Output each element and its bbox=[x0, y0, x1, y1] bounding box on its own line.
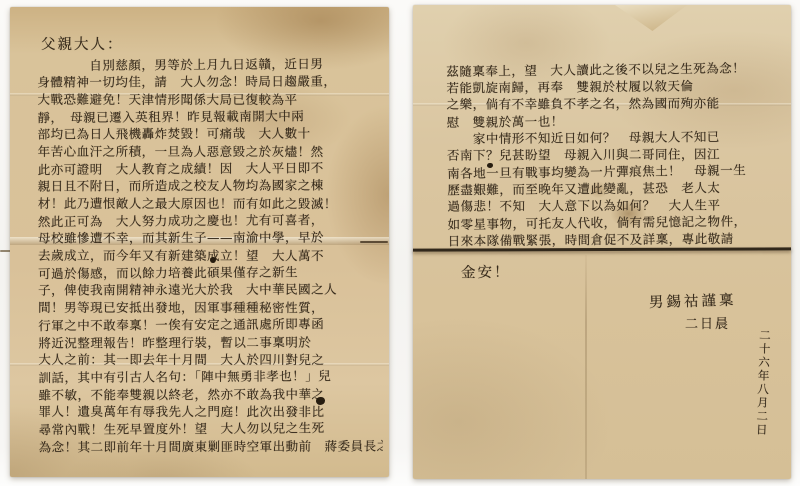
handwriting-line: 年苦心血汗之所積，一旦為人惡意毀之於灰燼！然 bbox=[38, 143, 382, 161]
handwriting-line: 雖不敏，不能奉雙親以終老，然亦不敢為我中華之 bbox=[38, 385, 382, 404]
handwriting-line: 自別慈顏，男等於上月九日返贛，近日男 bbox=[37, 55, 381, 75]
handwriting-line: 若能凱旋南歸，再奉 雙親於杖履以敘天倫 bbox=[446, 77, 782, 97]
salutation: 父親大人： bbox=[41, 33, 124, 54]
date-vertical: 二十六年八月二日 bbox=[753, 329, 774, 459]
handwriting-line: 子，俾使我南開精神永遠光大於我 大中華民國之人 bbox=[38, 281, 382, 300]
handwriting-line: 可過於傷感，而以餘力培養此碩果僅存之新生 bbox=[38, 263, 382, 283]
left-page-text: 自別慈顏，男等於上月九日返贛，近日男身體精神一切均佳，請 大人勿念！時局日趨嚴重… bbox=[37, 55, 382, 455]
handwriting-line: 日來本隊備戰緊張，時間倉促不及詳稟，專此敬請 bbox=[448, 230, 784, 250]
signature-name: 男錫祜謹稟 bbox=[649, 289, 737, 312]
handwriting-line: 尋常內戰！生死早置度外！望 大人勿以兒之生死 bbox=[39, 419, 383, 439]
handwriting-line: 大人之前：其一即去年十月間 大人於四川對兒之 bbox=[38, 351, 382, 369]
handwriting-line: 母校雖慘遭不幸，而其新生子——南渝中學，早於 bbox=[38, 229, 382, 248]
letter-page-left: 父親大人： 自別慈顏，男等於上月九日返贛，近日男身體精神一切均佳，請 大人勿念！… bbox=[10, 7, 389, 477]
closing-salute: 金安！ bbox=[461, 261, 511, 283]
fold-notch bbox=[615, 5, 687, 31]
handwriting-line: 部均已為日人飛機轟炸焚毀！可痛哉 大人數十 bbox=[38, 125, 382, 144]
handwriting-line: 此亦可證明 大人教育之成績！因 大人平日即不 bbox=[38, 159, 382, 179]
handwriting-line: 然此正可為 大人努力成功之慶也！尤有可喜者， bbox=[38, 211, 382, 231]
handwriting-line: 身體精神一切均佳，請 大人勿念！時局日趨嚴重， bbox=[37, 73, 381, 92]
handwriting-line: 大戰恐難避免！天津情形聞係大局已復較為平 bbox=[37, 91, 381, 109]
handwriting-line: 將近況整理報告！昨整理行裝，暫以二事稟明於 bbox=[38, 333, 382, 352]
signature-time: 二日晨 bbox=[685, 313, 730, 332]
letter-page-right: 茲隨稟奉上，望 大人讀此之後不以兒之生死為念！若能凱旋南歸，再奉 雙親於杖履以敘… bbox=[413, 5, 791, 479]
handwriting-line: 靜， 母親已遷入英租界！昨見報載南開大中兩 bbox=[37, 107, 381, 127]
handwriting-line: 為念！其二即前年十月間廣東剿匪時空軍出動前 蔣委員長之訓詞， bbox=[39, 437, 383, 456]
handwriting-line: 歷盡艱難，而至晚年又遭此變亂，甚恐 老人太 bbox=[447, 179, 783, 199]
handwriting-line: 親日且不附日，而所造成之校友人物均為國家之棟 bbox=[38, 177, 382, 196]
photo-background: 父親大人： 自別慈顏，男等於上月九日返贛，近日男身體精神一切均佳，請 大人勿念！… bbox=[0, 0, 800, 486]
fold-crease-vertical bbox=[585, 255, 587, 479]
handwriting-line: 材！此乃遭恨敵人之最大原因也！而有如此之毀滅！ bbox=[38, 195, 382, 213]
handwriting-line: 罪人！遺臭萬年有辱我先人之門庭！此次出發非比 bbox=[39, 403, 383, 421]
right-page-text: 茲隨稟奉上，望 大人讀此之後不以兒之生死為念！若能凱旋南歸，再奉 雙親於杖履以敘… bbox=[446, 60, 784, 250]
handwriting-line: 間！男等現已安抵出發地，因軍事種種秘密性質， bbox=[38, 299, 382, 317]
handwriting-line: 訓話，其中有引古人名句：「陣中無勇非孝也！」兒 bbox=[38, 367, 382, 387]
handwriting-line: 家中情形不知近日如何？ 母親大人不知已 bbox=[447, 128, 783, 148]
handwriting-line: 行軍之中不敢奉稟！一俟有安定之通訊處所即專函 bbox=[38, 315, 382, 335]
